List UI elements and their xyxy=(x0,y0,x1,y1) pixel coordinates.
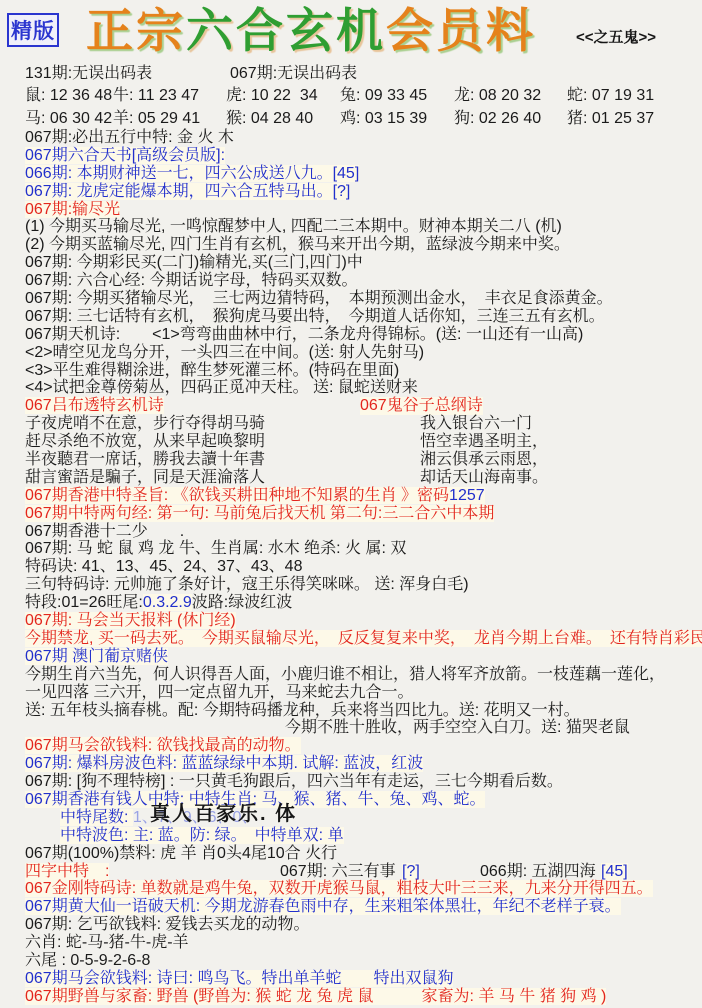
text-line: 067期: 乞丐欲钱料: 爱钱去买龙的动物。 xyxy=(0,916,702,934)
text-segment: 今期不胜十胜收，两手空空入白刀。送: 猫哭老鼠 xyxy=(285,719,630,736)
line-text: 赶尽杀绝不放宽，从来早起唤黎明 xyxy=(25,433,265,451)
text-line: 中特波色: 主: 蓝。防: 绿。 中特单双: 单 xyxy=(0,827,702,845)
line-text: 067期野兽与家畜: 野兽 (野兽为: 猴 蛇 龙 兔 虎 鼠 家畜为: 羊 马… xyxy=(25,988,606,1006)
text-segment: 067期: 今期买猪输尽光， 三七两边猜特码， 本期预测出金水， 丰衣足食添黄金… xyxy=(25,290,613,307)
text-segment: 赶尽杀绝不放宽，从来早起唤黎明 xyxy=(25,433,265,450)
title-char: 六 xyxy=(186,6,236,58)
code-cell: 猴: 04 28 40 xyxy=(226,105,313,128)
line-text: 中特波色: 主: 蓝。防: 绿。 中特单双: 单 xyxy=(60,827,344,845)
line-text: (2) 今期买蓝输尽光, 四门生肖有玄机，猴马来开出今期，蓝绿波今期来中奖。 xyxy=(25,236,570,254)
text-line: 067吕布透特玄机诗067鬼谷子总纲诗 xyxy=(0,397,702,415)
text-segment: 067金刚特码诗: 单数就是鸡牛兔，双数开虎猴马鼠，粗枝大叶三三来，九来分开得四… xyxy=(25,880,653,897)
text-segment: 066期: 本期财神送一七，四六公成送八九。[45] xyxy=(25,165,359,182)
text-segment: 067期 澳门葡京赌侠 xyxy=(25,648,168,665)
text-segment: 送: 五年枝头摘春桃。配: 今期特码播龙种，兵来将当四比九。送: 花明又一村。 xyxy=(25,702,580,719)
text-segment: 却话天山海南事。 xyxy=(420,469,548,487)
line-text: 067期: 马 蛇 鼠 鸡 龙 牛、生肖属: 水木 绝杀: 火 属: 双 xyxy=(25,540,406,558)
text-line: 067期: 今期彩民买(二门)输精光,买(三门,四门)中 xyxy=(0,254,702,272)
text-segment: (1) 今期买马输尽光, 一鸣惊醒梦中人, 四配二三本期中。财神本期关二八 (机… xyxy=(25,218,562,235)
line-text: 特段:01=26旺尾:0.3.2.9波路:绿波红波 xyxy=(25,594,292,612)
text-segment: 中特尾数: xyxy=(60,809,133,826)
line-text: 067期(100%)禁料: 虎 羊 肖0头4尾10合 火行 xyxy=(25,845,337,863)
line-text: 送: 五年枝头摘春桃。配: 今期特码播龙种，兵来将当四比九。送: 花明又一村。 xyxy=(25,702,580,720)
line-text: 067期:输尽光 xyxy=(25,201,120,219)
line-text: 067期中特两句经: 第一句: 马前兔后找天机 第二句:三二合六中本期 xyxy=(25,505,494,523)
line-text: 067期: 今期彩民买(二门)输精光,买(三门,四门)中 xyxy=(25,254,363,272)
issue-tag: <<之五鬼>> xyxy=(576,26,656,47)
text-line: 066期: 本期财神送一七，四六公成送八九。[45] xyxy=(0,165,702,183)
text-segment: 067期: 龙虎定能爆本期，四六合五特马出。[?] xyxy=(25,183,350,200)
line-text: 067期马会欲钱料: 欲钱找最高的动物。 xyxy=(25,737,301,755)
text-line: 特段:01=26旺尾:0.3.2.9波路:绿波红波 xyxy=(0,594,702,612)
text-segment: 特段:01=26旺尾: xyxy=(25,594,143,611)
code-table-title: 131期:无误出码表 xyxy=(25,60,152,83)
code-cell: 牛: 11 23 47 xyxy=(113,82,199,105)
text-line: 067期: 三七话特有玄机， 猴狗虎马要出特， 今期道人话你知，三连三五有玄机。 xyxy=(0,308,702,326)
text-line: 067期天机诗: <1>弯弯曲曲林中行，二条龙舟得锦标。(送: 一山还有一山高) xyxy=(0,326,702,344)
line-text: 067吕布透特玄机诗 xyxy=(25,397,164,415)
line-text: 067期香港中特圣旨: 《欲钱买耕田种地不知累的生肖 》密码1257 xyxy=(25,487,485,505)
text-segment: <3>平生难得糊涂进，醉生梦死灌三杯。(特码在里面) xyxy=(25,362,399,379)
title-char: 合 xyxy=(236,6,286,58)
text-segment: 半夜聽君一席话，勝我去讀十年書 xyxy=(25,451,265,468)
text-segment: 0.3.2.9 xyxy=(143,594,192,611)
line-text: 三句特码诗: 元帅施了条好计，寇王乐得笑咪咪。 送: 浑身白毛) xyxy=(25,576,469,594)
line-text: 067金刚特码诗: 单数就是鸡牛兔，双数开虎猴马鼠，粗枝大叶三三来，九来分开得四… xyxy=(25,880,653,898)
text-line: 半夜聽君一席话，勝我去讀十年書湘云俱承云雨恩， xyxy=(0,451,702,469)
line-text: 067期六合天书[高级会员版]: xyxy=(25,147,225,165)
text-line: 067期马会欲钱料: 诗曰: 鸣鸟飞。特出单羊蛇 特出双鼠狗 xyxy=(0,970,702,988)
text-segment: 067期野兽与家畜: 野兽 (野兽为: 猴 蛇 龙 兔 虎 鼠 家畜为: 羊 马… xyxy=(25,988,606,1005)
text-line: 067期:输尽光 xyxy=(0,201,702,219)
text-line: (2) 今期买蓝输尽光, 四门生肖有玄机，猴马来开出今期，蓝绿波今期来中奖。 xyxy=(0,236,702,254)
text-segment: (2) 今期买蓝输尽光, 四门生肖有玄机，猴马来开出今期，蓝绿波今期来中奖。 xyxy=(25,236,570,253)
line-text: 067期香港十二少 . xyxy=(25,523,184,541)
text-segment: 中特波色: 主: 蓝。防: 绿。 中特单双: 单 xyxy=(60,827,344,844)
line-text: 067期: 今期买猪输尽光， 三七两边猜特码， 本期预测出金水， 丰衣足食添黄金… xyxy=(25,290,613,308)
line-text: 今期生肖六当先，何人识得吾人面，小鹿归谁不相让，猎人将军齐放箭。一枝莲藕一莲化， xyxy=(25,666,665,684)
text-segment: 1257 xyxy=(449,487,485,504)
line-text: 今期禁龙, 买一码去死。 今期买鼠输尽光， 反反复复来中奖， 龙肖今期上台难。 … xyxy=(25,630,702,648)
line-text: 067期: 龙虎定能爆本期，四六合五特马出。[?] xyxy=(25,183,350,201)
title-char: 会 xyxy=(386,6,436,58)
text-line: 中特尾数: 1、7、9、6、0、真人百家乐. 体 xyxy=(0,809,702,827)
text-segment: 067期(100%)禁料: 虎 羊 肖0头4尾10合 火行 xyxy=(25,845,337,862)
text-segment: 067期: 今期彩民买(二门)输精光,买(三门,四门)中 xyxy=(25,254,363,271)
text-segment: 今期禁龙, 买一码去死。 今期买鼠输尽光， 反反复复来中奖， 龙肖今期上台难。 … xyxy=(25,630,702,647)
text-line: 067期: 六合心经: 今期话说字母，特码买双数。 xyxy=(0,272,702,290)
text-line: 067期: 今期买猪输尽光， 三七两边猜特码， 本期预测出金水， 丰衣足食添黄金… xyxy=(0,290,702,308)
text-segment: 我入银台六一门 xyxy=(420,415,532,433)
text-line: 067期:必出五行中特: 金 火 木 xyxy=(0,129,702,147)
code-cell: 猪: 01 25 37 xyxy=(567,105,654,128)
text-segment: 一见四落 三六开，四一定点留九开，马来蛇去九合一。 xyxy=(25,684,413,701)
text-segment: 波路:绿波红波 xyxy=(192,594,292,611)
text-segment: 三句特码诗: 元帅施了条好计，寇王乐得笑咪咪。 送: 浑身白毛) xyxy=(25,576,469,593)
code-table-title: 067期:无误出码表 xyxy=(230,60,357,83)
text-segment: 067期马会欲钱料: 诗曰: 鸣鸟飞。特出单羊蛇 特出双鼠狗 xyxy=(25,970,453,987)
text-segment: 今期生肖六当先，何人识得吾人面，小鹿归谁不相让，猎人将军齐放箭。一枝莲藕一莲化， xyxy=(25,666,665,683)
text-segment: 067期黄大仙一语破天机: 今期龙游春色雨中存，生来粗笨体黑壮，年纪不老样子衰。 xyxy=(25,898,621,915)
content-lines: 067期:必出五行中特: 金 火 木067期六合天书[高级会员版]:066期: … xyxy=(0,129,702,1006)
text-segment: 067吕布透特玄机诗 xyxy=(25,397,164,414)
text-line: 六尾 : 0-5-9-2-6-8 xyxy=(0,952,702,970)
text-segment: 067期: 六三有事 xyxy=(280,863,396,881)
line-text: 067期马会欲钱料: 诗曰: 鸣鸟飞。特出单羊蛇 特出双鼠狗 xyxy=(25,970,453,988)
line-text: <2>晴空见龙鸟分开，一头四三在中间。(送: 射人先射马) xyxy=(25,344,424,362)
line-text: 067期:必出五行中特: 金 火 木 xyxy=(25,129,234,147)
text-line: 三句特码诗: 元帅施了条好计，寇王乐得笑咪咪。 送: 浑身白毛) xyxy=(0,576,702,594)
line-text: 特码诀: 41、13、45、24、37、43、48 xyxy=(25,558,302,576)
text-line: (1) 今期买马输尽光, 一鸣惊醒梦中人, 四配二三本期中。财神本期关二八 (机… xyxy=(0,218,702,236)
text-line: 067期: 马 蛇 鼠 鸡 龙 牛、生肖属: 水木 绝杀: 火 属: 双 xyxy=(0,540,702,558)
line-text: <3>平生难得糊涂进，醉生梦死灌三杯。(特码在里面) xyxy=(25,362,399,380)
text-segment: 067期香港十二少 . xyxy=(25,523,184,540)
text-line: 067期中特两句经: 第一句: 马前兔后找天机 第二句:三二合六中本期 xyxy=(0,505,702,523)
text-line: 067期野兽与家畜: 野兽 (野兽为: 猴 蛇 龙 兔 虎 鼠 家畜为: 羊 马… xyxy=(0,988,702,1006)
title-char: 机 xyxy=(336,6,386,58)
text-segment: 067期马会欲钱料: 欲钱找最高的动物。 xyxy=(25,737,301,754)
code-cell: 马: 06 30 42 xyxy=(25,105,112,128)
line-text: 甜言蜜語是騙子，同是天涯淪落人 xyxy=(25,469,265,487)
text-segment: 067期: [狗不理特榜] : 一只黄毛狗跟后，四六当年有走运，三七今期看后数。 xyxy=(25,773,563,790)
text-segment: 067期: 马会当天报料 (休门经) xyxy=(25,612,236,629)
code-table-rows: 鼠: 12 36 48牛: 11 23 47虎: 10 22 34兔: 09 3… xyxy=(0,82,702,128)
text-segment: 067期六合天书[高级会员版]: xyxy=(25,147,225,164)
lottery-tip-sheet: 精版 正宗六合玄机会员料 <<之五鬼>> 131期:无误出码表067期:无误出码… xyxy=(0,0,702,1006)
text-line: 特码诀: 41、13、45、24、37、43、48 xyxy=(0,558,702,576)
text-line: 甜言蜜語是騙子，同是天涯淪落人却话天山海南事。 xyxy=(0,469,702,487)
text-line: 今期生肖六当先，何人识得吾人面，小鹿归谁不相让，猎人将军齐放箭。一枝莲藕一莲化， xyxy=(0,666,702,684)
code-row: 鼠: 12 36 48牛: 11 23 47虎: 10 22 34兔: 09 3… xyxy=(0,82,702,105)
text-segment: 067期:必出五行中特: 金 火 木 xyxy=(25,129,234,146)
text-line: 067期: [狗不理特榜] : 一只黄毛狗跟后，四六当年有走运，三七今期看后数。 xyxy=(0,773,702,791)
title-char: 正 xyxy=(86,6,136,58)
line-text: 半夜聽君一席话，勝我去讀十年書 xyxy=(25,451,265,469)
text-line: 067期香港十二少 . xyxy=(0,523,702,541)
text-segment: 六尾 : 0-5-9-2-6-8 xyxy=(25,952,150,969)
text-segment: 子夜虎哨不在意，步行夺得胡马骑 xyxy=(25,415,265,432)
text-segment: 067期: 乞丐欲钱料: 爱钱去买龙的动物。 xyxy=(25,916,309,933)
line-text: 066期: 本期财神送一七，四六公成送八九。[45] xyxy=(25,165,359,183)
watermark-text: 真人百家乐. 体 xyxy=(150,806,297,824)
text-line: 067期: 爆料房波色料: 蓝蓝绿绿中本期. 试解: 蓝波，红波 xyxy=(0,755,702,773)
text-line: 067期(100%)禁料: 虎 羊 肖0头4尾10合 火行 xyxy=(0,845,702,863)
text-line: 送: 五年枝头摘春桃。配: 今期特码播龙种，兵来将当四比九。送: 花明又一村。 xyxy=(0,702,702,720)
text-line: 067期: 马会当天报料 (休门经) xyxy=(0,612,702,630)
line-text: 067期: 爆料房波色料: 蓝蓝绿绿中本期. 试解: 蓝波，红波 xyxy=(25,755,423,773)
text-segment: 067鬼谷子总纲诗 xyxy=(360,397,483,415)
code-cell: 羊: 05 29 41 xyxy=(113,105,200,128)
title-char: 宗 xyxy=(136,6,186,58)
line-text: (1) 今期买马输尽光, 一鸣惊醒梦中人, 四配二三本期中。财神本期关二八 (机… xyxy=(25,218,562,236)
text-line: 今期不胜十胜收，两手空空入白刀。送: 猫哭老鼠 xyxy=(0,719,702,737)
line-text: 067期: 六合心经: 今期话说字母，特码买双数。 xyxy=(25,272,357,290)
text-segment: 悟空幸遇圣明主， xyxy=(420,433,548,451)
code-cell: 蛇: 07 19 31 xyxy=(567,82,654,105)
text-line: 067期六合天书[高级会员版]: xyxy=(0,147,702,165)
code-cell: 鸡: 03 15 39 xyxy=(340,105,427,128)
text-line: 067期香港有钱人中特: 中特生肖: 马、猴、猪、牛、兔、鸡、蛇。 xyxy=(0,791,702,809)
line-text: 067期天机诗: <1>弯弯曲曲林中行，二条龙舟得锦标。(送: 一山还有一山高) xyxy=(25,326,583,344)
text-line: 六肖: 蛇-马-猪-牛-虎-羊 xyxy=(0,934,702,952)
line-text: 067期 澳门葡京赌侠 xyxy=(25,648,168,666)
text-segment: 067期: 三七话特有玄机， 猴狗虎马要出特， 今期道人话你知，三连三五有玄机。 xyxy=(25,308,605,325)
line-text: 067期: 三七话特有玄机， 猴狗虎马要出特， 今期道人话你知，三连三五有玄机。 xyxy=(25,308,605,326)
text-segment: 067期: 六合心经: 今期话说字母，特码买双数。 xyxy=(25,272,357,289)
line-text: 今期不胜十胜收，两手空空入白刀。送: 猫哭老鼠 xyxy=(285,719,630,737)
text-line: 067期马会欲钱料: 欲钱找最高的动物。 xyxy=(0,737,702,755)
text-line: <3>平生难得糊涂进，醉生梦死灌三杯。(特码在里面) xyxy=(0,362,702,380)
line-text: 六尾 : 0-5-9-2-6-8 xyxy=(25,952,150,970)
line-text: 067期黄大仙一语破天机: 今期龙游春色雨中存，生来粗笨体黑壮，年纪不老样子衰。 xyxy=(25,898,621,916)
line-text: 六肖: 蛇-马-猪-牛-虎-羊 xyxy=(25,934,189,952)
text-segment: 特码诀: 41、13、45、24、37、43、48 xyxy=(25,558,302,575)
line-text: <4>试把金尊傍菊丛，四码正觅冲天柱。 送: 鼠蛇送财来 xyxy=(25,379,418,397)
line-text: 四字中特 : xyxy=(25,863,109,881)
text-segment: 067期香港中特圣旨: 《欲钱买耕田种地不知累的生肖 》密码 xyxy=(25,487,449,504)
title-char: 料 xyxy=(486,6,536,58)
text-segment: 湘云俱承云雨恩， xyxy=(420,451,548,469)
text-line: 赶尽杀绝不放宽，从来早起唤黎明悟空幸遇圣明主， xyxy=(0,433,702,451)
line-text: 067期: 马会当天报料 (休门经) xyxy=(25,612,236,630)
text-segment: 四字中特 : xyxy=(25,863,109,880)
text-segment: 066期: 五湖四海 xyxy=(480,863,596,881)
code-table-titles: 131期:无误出码表067期:无误出码表 xyxy=(0,60,702,82)
page-title: 正宗六合玄机会员料 xyxy=(86,0,536,61)
text-segment: <4>试把金尊傍菊丛，四码正觅冲天柱。 送: 鼠蛇送财来 xyxy=(25,379,418,396)
line-text: 067期: 乞丐欲钱料: 爱钱去买龙的动物。 xyxy=(25,916,309,934)
header: 精版 正宗六合玄机会员料 <<之五鬼>> xyxy=(0,0,702,60)
title-char: 玄 xyxy=(286,6,336,58)
text-line: 四字中特 :067期: 六三有事[?]066期: 五湖四海[45] xyxy=(0,863,702,881)
text-line: 子夜虎哨不在意，步行夺得胡马骑我入银台六一门 xyxy=(0,415,702,433)
text-segment: 067期天机诗: <1>弯弯曲曲林中行，二条龙舟得锦标。(送: 一山还有一山高) xyxy=(25,326,583,343)
code-cell: 鼠: 12 36 48 xyxy=(25,82,112,105)
text-line: 067金刚特码诗: 单数就是鸡牛兔，双数开虎猴马鼠，粗枝大叶三三来，九来分开得四… xyxy=(0,880,702,898)
text-line: 067期 澳门葡京赌侠 xyxy=(0,648,702,666)
text-segment: 067期: 马 蛇 鼠 鸡 龙 牛、生肖属: 水木 绝杀: 火 属: 双 xyxy=(25,540,406,557)
text-line: <4>试把金尊傍菊丛，四码正觅冲天柱。 送: 鼠蛇送财来 xyxy=(0,379,702,397)
text-segment: 067期:输尽光 xyxy=(25,201,120,218)
line-text: 一见四落 三六开，四一定点留九开，马来蛇去九合一。 xyxy=(25,684,413,702)
code-row: 马: 06 30 42羊: 05 29 41猴: 04 28 40鸡: 03 1… xyxy=(0,105,702,128)
text-segment: 六肖: 蛇-马-猪-牛-虎-羊 xyxy=(25,934,189,951)
zodiac-code-table: 131期:无误出码表067期:无误出码表 鼠: 12 36 48牛: 11 23… xyxy=(0,60,702,128)
line-text: 子夜虎哨不在意，步行夺得胡马骑 xyxy=(25,415,265,433)
code-cell: 狗: 02 26 40 xyxy=(454,105,541,128)
edition-badge: 精版 xyxy=(7,13,59,47)
text-line: 067期香港中特圣旨: 《欲钱买耕田种地不知累的生肖 》密码1257 xyxy=(0,487,702,505)
text-segment: <2>晴空见龙鸟分开，一头四三在中间。(送: 射人先射马) xyxy=(25,344,424,361)
text-segment: 067期: 爆料房波色料: 蓝蓝绿绿中本期. 试解: 蓝波，红波 xyxy=(25,755,423,772)
text-segment: [45] xyxy=(601,863,628,881)
text-line: <2>晴空见龙鸟分开，一头四三在中间。(送: 射人先射马) xyxy=(0,344,702,362)
text-line: 067期黄大仙一语破天机: 今期龙游春色雨中存，生来粗笨体黑壮，年纪不老样子衰。 xyxy=(0,898,702,916)
text-line: 一见四落 三六开，四一定点留九开，马来蛇去九合一。 xyxy=(0,684,702,702)
code-cell: 龙: 08 20 32 xyxy=(454,82,541,105)
text-line: 067期: 龙虎定能爆本期，四六合五特马出。[?] xyxy=(0,183,702,201)
text-segment: [?] xyxy=(402,863,420,881)
text-line: 今期禁龙, 买一码去死。 今期买鼠输尽光， 反反复复来中奖， 龙肖今期上台难。 … xyxy=(0,630,702,648)
text-segment: 甜言蜜語是騙子，同是天涯淪落人 xyxy=(25,469,265,486)
title-char: 员 xyxy=(436,6,486,58)
text-segment: 067期中特两句经: 第一句: 马前兔后找天机 第二句:三二合六中本期 xyxy=(25,505,494,522)
code-cell: 虎: 10 22 34 xyxy=(226,82,318,105)
line-text: 067期: [狗不理特榜] : 一只黄毛狗跟后，四六当年有走运，三七今期看后数。 xyxy=(25,773,563,791)
code-cell: 兔: 09 33 45 xyxy=(340,82,427,105)
